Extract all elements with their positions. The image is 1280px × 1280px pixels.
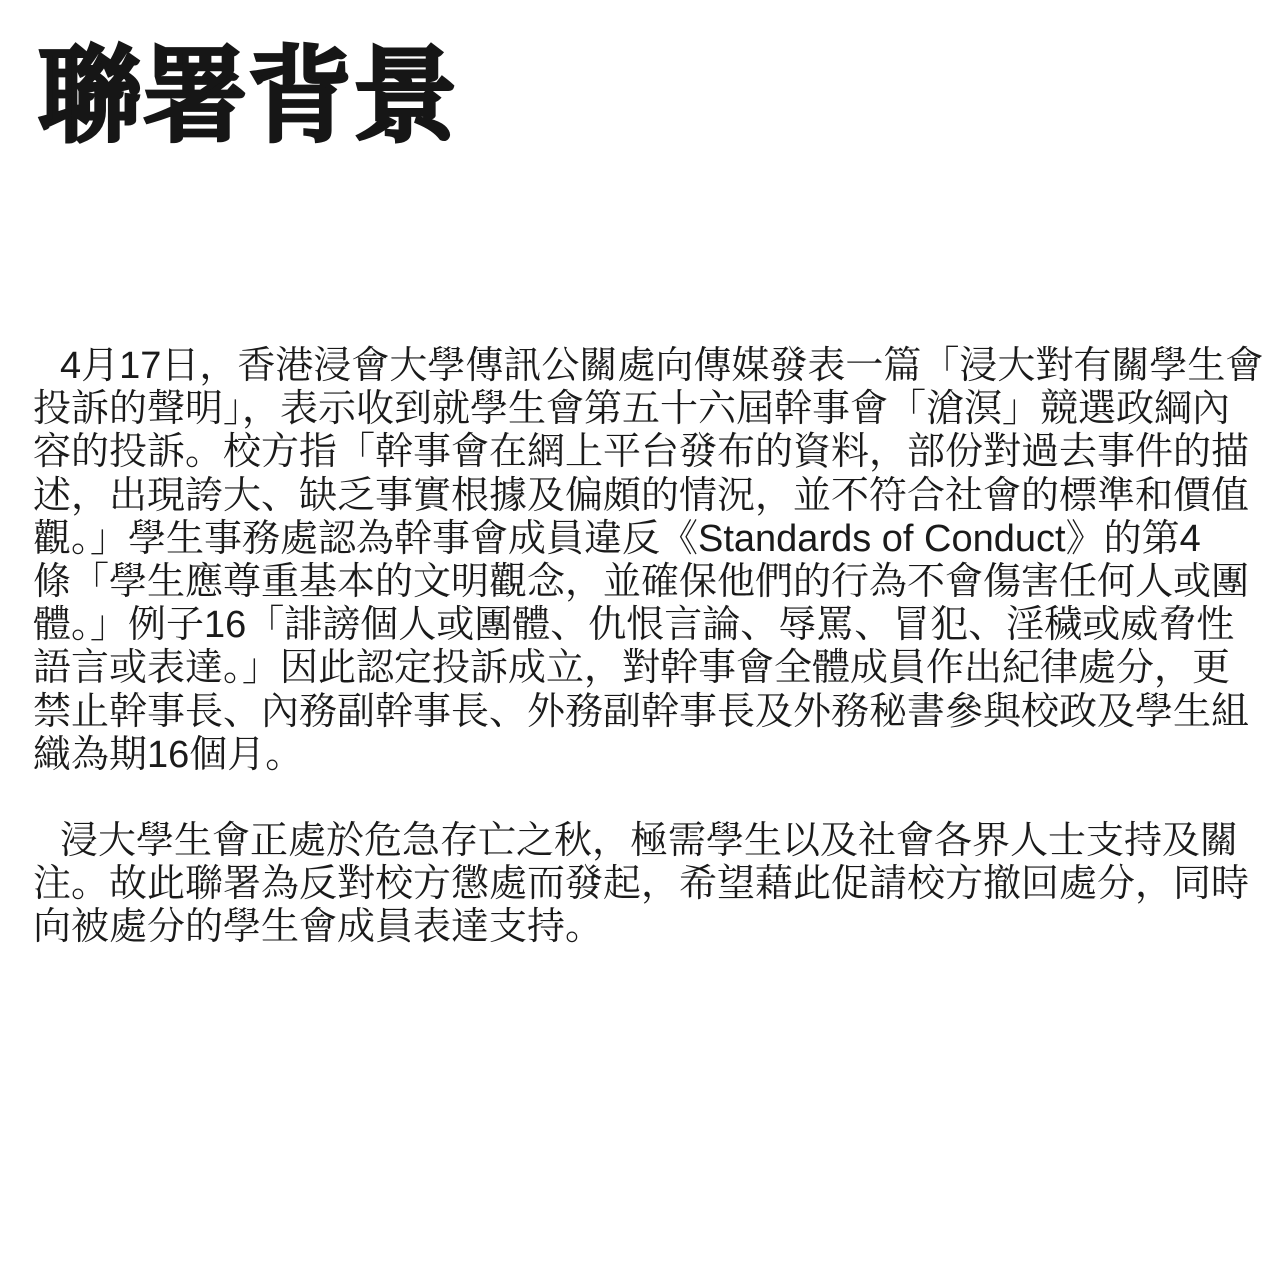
page-title: 聯署背景 [38, 30, 458, 165]
text-line: 語言或表達。」因此認定投訴成立，對幹事會全體成員作出紀律處分，更 [33, 647, 1250, 690]
text-line: 注。故此聯署為反對校方懲處而發起，希望藉此促請校方撤回處分，同時 [33, 863, 1250, 906]
paragraph-background: 4月17日，香港浸會大學傳訊公關處向傳媒發表一篇「浸大對有關學生會 投訴的聲明」… [33, 345, 1250, 777]
document-page: 聯署背景 4月17日，香港浸會大學傳訊公關處向傳媒發表一篇「浸大對有關學生會 投… [0, 0, 1280, 1280]
text-line: 禁止幹事長、內務副幹事長、外務副幹事長及外務秘書參與校政及學生組 [33, 691, 1250, 734]
text-line: 條「學生應尊重基本的文明觀念，並確保他們的行為不會傷害任何人或團 [33, 561, 1250, 604]
text-line: 投訴的聲明」，表示收到就學生會第五十六屆幹事會「滄溟」競選政綱內 [33, 388, 1250, 431]
text-line: 浸大學生會正處於危急存亡之秋，極需學生以及社會各界人士支持及關 [33, 820, 1250, 863]
text-line: 觀。」學生事務處認為幹事會成員違反《Standards of Conduct》的… [33, 518, 1250, 561]
text-line: 容的投訴。校方指「幹事會在網上平台發布的資料，部份對過去事件的描 [33, 431, 1250, 474]
paragraph-purpose: 浸大學生會正處於危急存亡之秋，極需學生以及社會各界人士支持及關 注。故此聯署為反… [33, 820, 1250, 950]
text-line: 述，出現誇大、缺乏事實根據及偏頗的情況，並不符合社會的標準和價值 [33, 475, 1250, 518]
document-body: 4月17日，香港浸會大學傳訊公關處向傳媒發表一篇「浸大對有關學生會 投訴的聲明」… [33, 345, 1250, 993]
text-line: 體。」例子16「誹謗個人或團體、仇恨言論、辱罵、冒犯、淫穢或威脅性 [33, 604, 1250, 647]
text-line: 4月17日，香港浸會大學傳訊公關處向傳媒發表一篇「浸大對有關學生會 [33, 345, 1250, 388]
text-line: 向被處分的學生會成員表達支持。 [33, 906, 1250, 949]
text-line: 織為期16個月。 [33, 734, 1250, 777]
